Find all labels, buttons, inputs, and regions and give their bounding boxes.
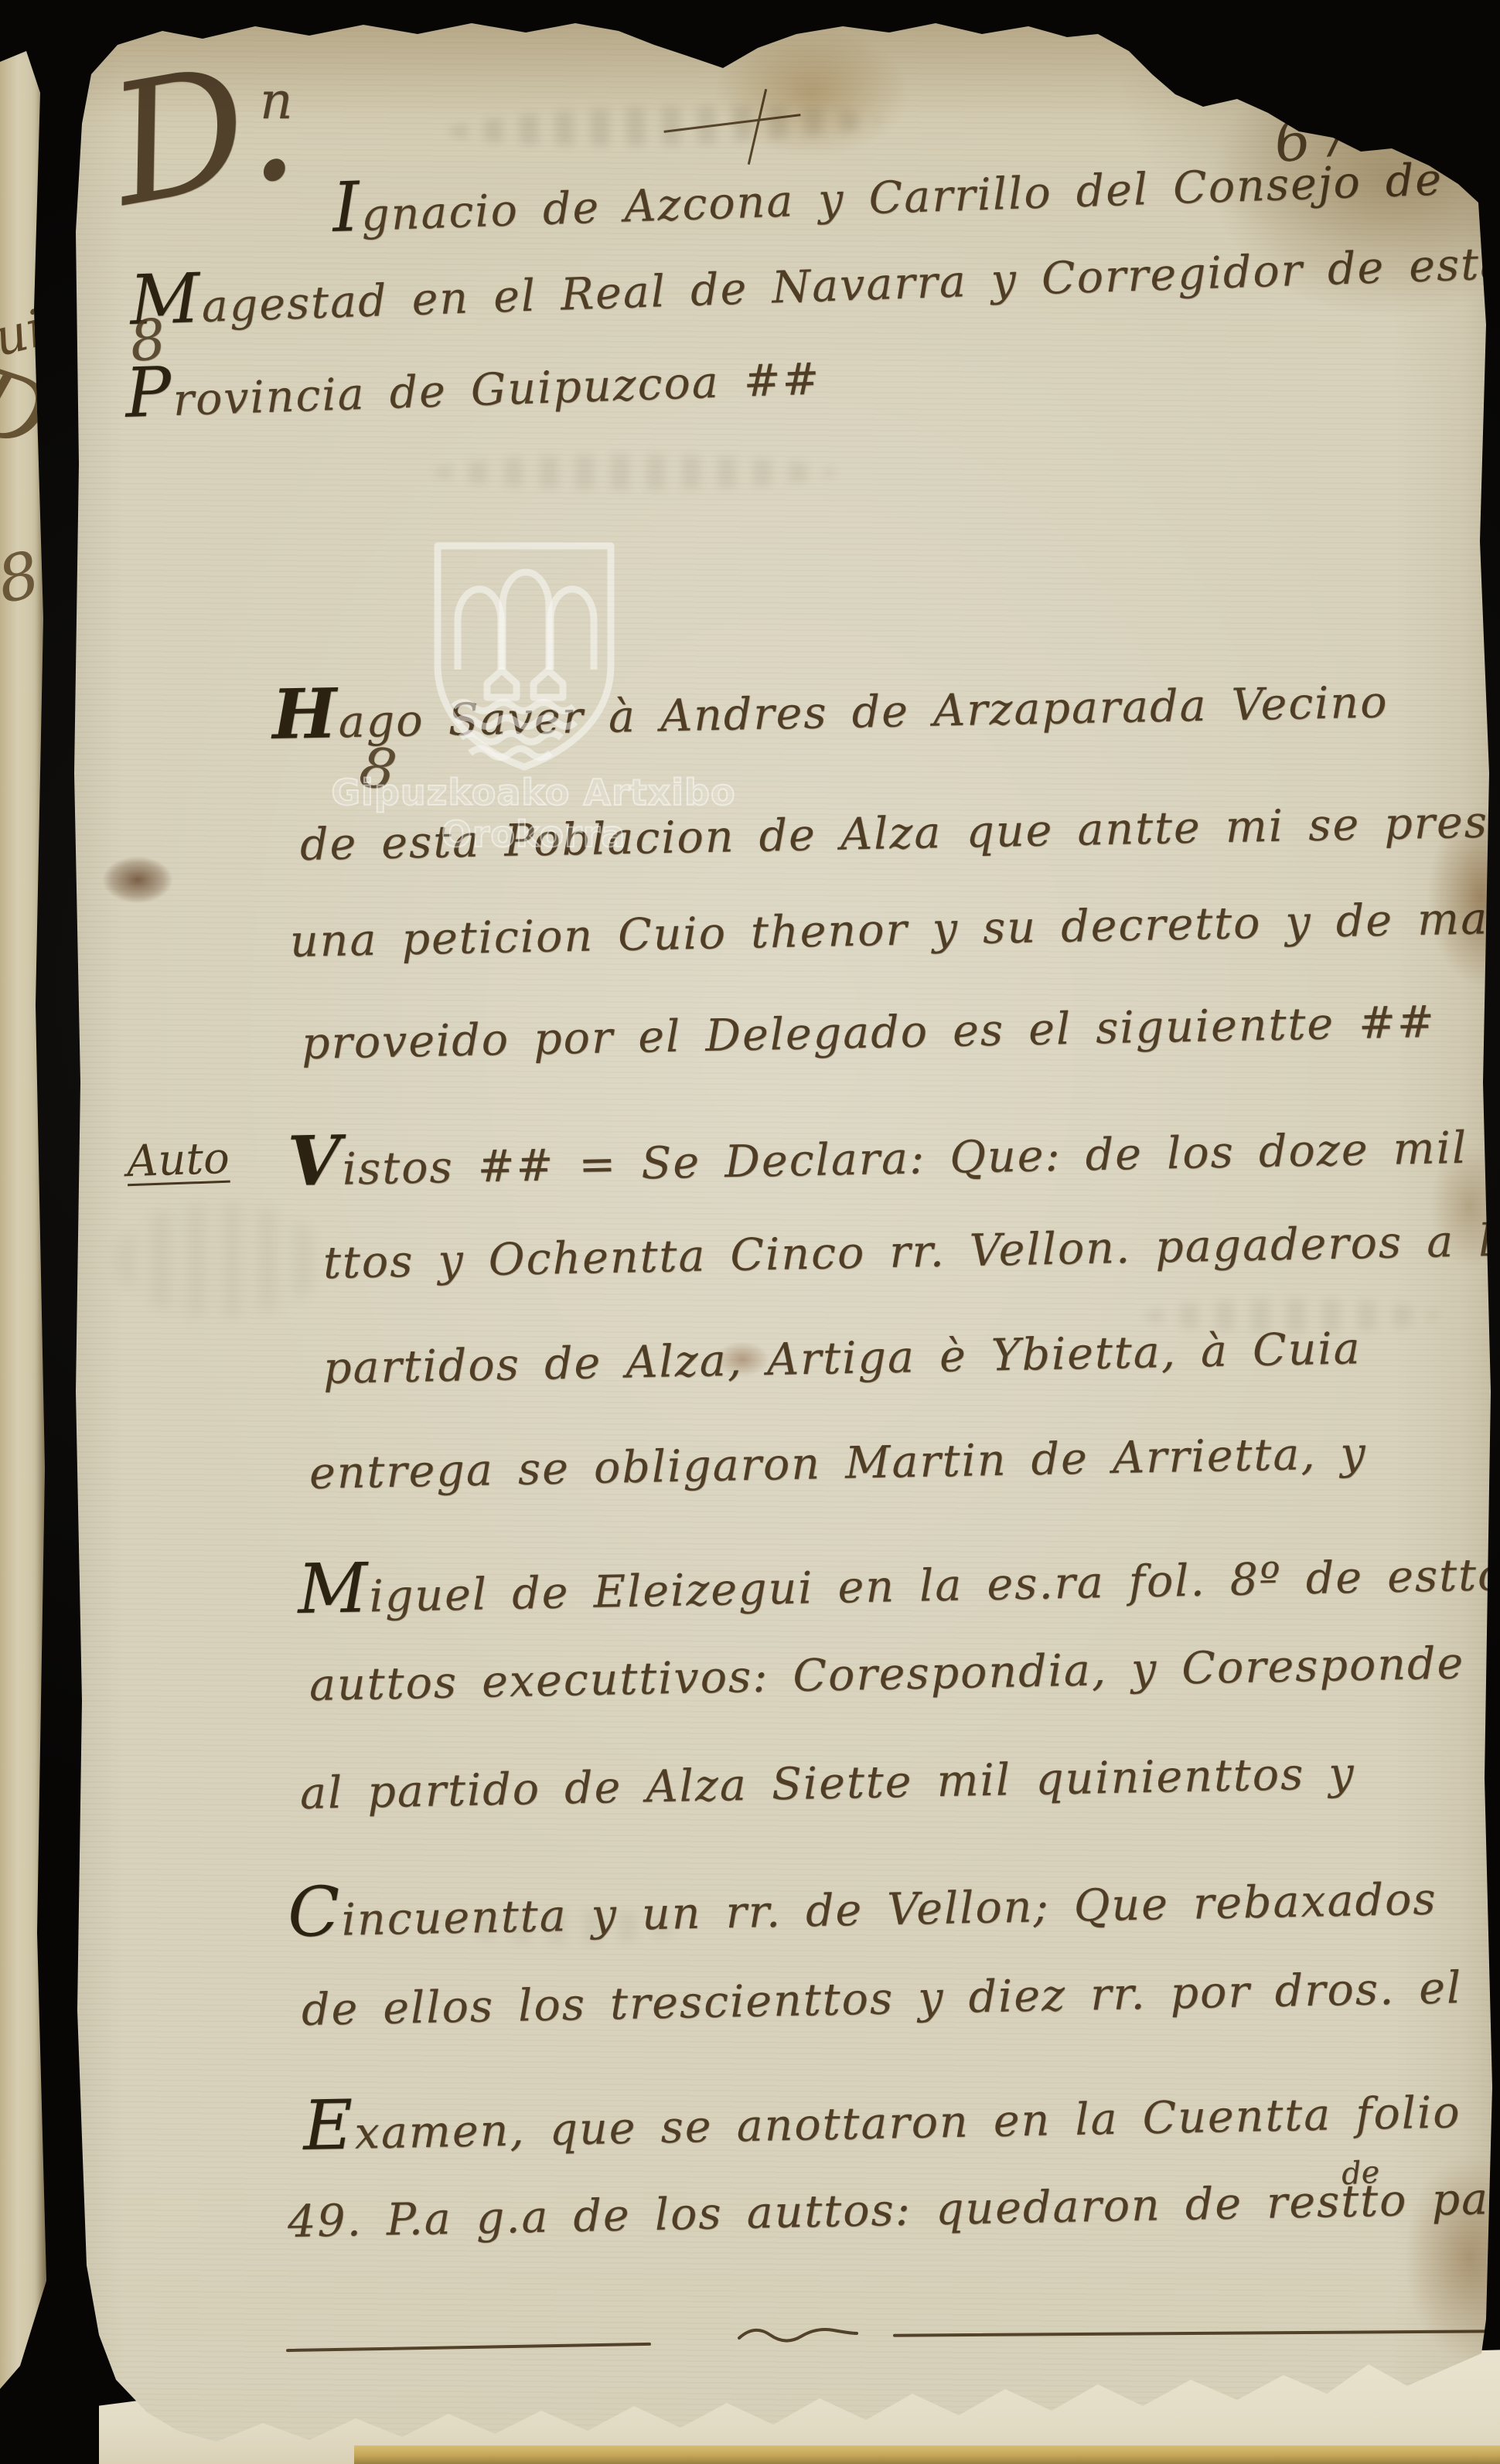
body-line: proveido por el Delegado es el siguientt… [301, 1000, 1436, 1066]
body-line: de esta Poblacion de Alza que antte mi s… [299, 798, 1500, 867]
header-line: Ignacio de Azcona y Carrillo del Consejo… [332, 135, 1500, 243]
cross-mark-stroke [748, 89, 767, 165]
manuscript-photo: uil D 8 D. n 67 Ignacio de Azcona y Carr… [0, 0, 1500, 2464]
ink-bleedthrough-smudge [433, 455, 835, 490]
adjacent-page-text-fragment: 8 [0, 538, 46, 619]
closing-rule [286, 2343, 651, 2352]
margin-note-auto: Auto [126, 1133, 230, 1188]
descender-flourish: 8 [127, 306, 169, 374]
body-line: una peticion Cuio thenor y su decretto y… [289, 896, 1500, 964]
closing-rule [893, 2329, 1495, 2336]
adjacent-page-edge: uil D 8 [0, 46, 51, 2397]
interline-correction: de [1341, 2155, 1381, 2193]
body-line: 49. P.a g.a de los auttos: quedaron de r… [287, 2176, 1500, 2244]
body-line: al partido de Alza Siette mil quinientto… [299, 1752, 1355, 1816]
pen-tick-mark [1448, 99, 1474, 158]
ink-bleedthrough-smudge [116, 1202, 325, 1318]
body-line: de ellos los trescienttos y diez rr. por… [301, 1966, 1462, 2033]
closing-rule-squiggle [736, 2318, 860, 2349]
manuscript-page: D. n 67 Ignacio de Azcona y Carrillo del… [0, 0, 1500, 2464]
body-line: Examen, que se anottaron en la Cuentta f… [302, 2070, 1461, 2160]
body-line: Cincuentta y un rr. de Vellon; Que rebax… [287, 1856, 1437, 1947]
body-line: Vistos ## = Se Declara: Que: de los doze… [287, 1100, 1500, 1195]
body-line: Miguel de Eleizegui en la es.ra fol. 8º … [297, 1532, 1500, 1624]
body-line: ttos y Ochentta Cinco rr. Vellon. pagade… [322, 1218, 1500, 1286]
body-line: Hago Saver à Andres de Arzaparada Vecino [271, 659, 1389, 748]
drop-initial-superscript: n [260, 71, 293, 131]
body-line: entrega se obligaron Martin de Arrietta,… [309, 1432, 1367, 1496]
body-line: partidos de Alza, Artiga è Ybietta, à Cu… [322, 1327, 1362, 1391]
header-line: Provincia de Guipuzcoa ## [124, 336, 822, 428]
page-block-gilt-edge [354, 2445, 1500, 2464]
cross-mark-stroke [663, 114, 800, 133]
drop-initial-don: D. [100, 35, 306, 230]
body-line: auttos executtivos: Corespondia, y Cores… [309, 1641, 1464, 1708]
adjacent-page-text-fragment: D [0, 347, 62, 471]
